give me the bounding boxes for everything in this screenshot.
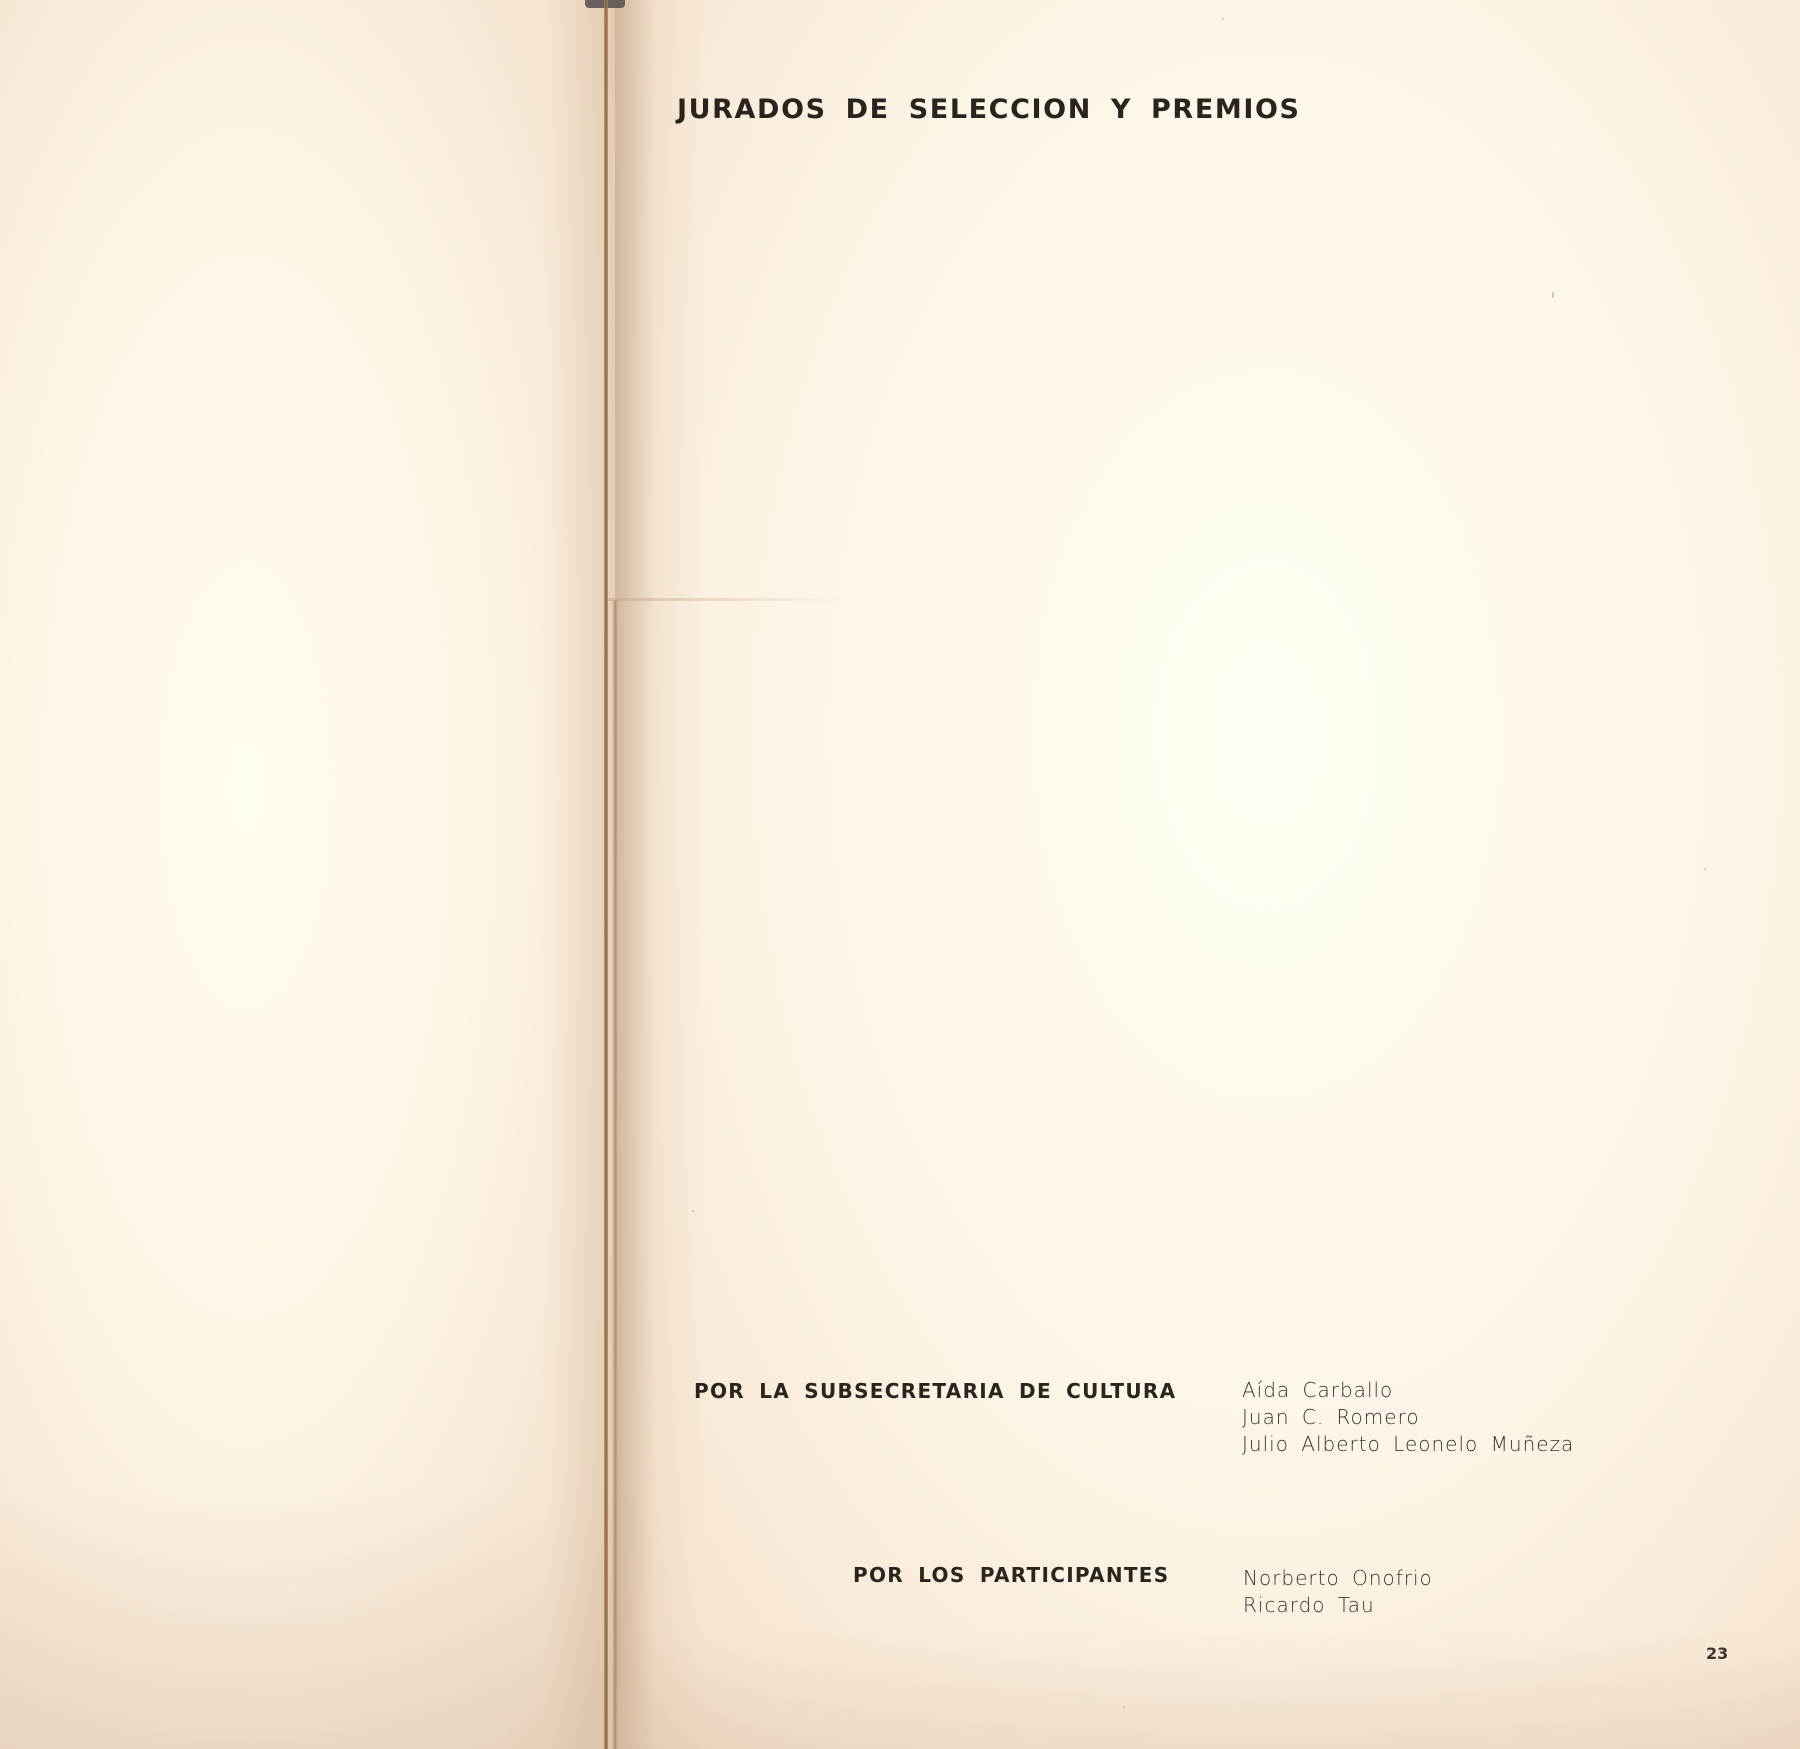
- jury-group-label: POR LA SUBSECRETARIA DE CULTURA: [694, 1379, 1176, 1403]
- jury-member: Ricardo Tau: [1243, 1592, 1433, 1619]
- paper-speck: [1704, 868, 1706, 870]
- jury-group-label: POR LOS PARTICIPANTES: [853, 1563, 1169, 1587]
- page-number: 23: [1706, 1644, 1728, 1663]
- book-spine-shadow: [612, 600, 618, 1749]
- jury-member: Julio Alberto Leonelo Muñeza: [1242, 1431, 1574, 1458]
- paper-speck: [692, 1210, 694, 1212]
- paper-speck: [1222, 18, 1224, 20]
- jury-member: Aída Carballo: [1242, 1377, 1574, 1404]
- book-spine: [604, 0, 608, 1749]
- page-shading: [615, 1629, 1800, 1749]
- left-page: [0, 0, 615, 1749]
- page-fold-crease: [608, 598, 848, 601]
- right-page: [615, 0, 1800, 1749]
- paper-speck: [1552, 292, 1554, 298]
- page-shading: [0, 1489, 615, 1749]
- page-heading: JURADOS DE SELECCION Y PREMIOS: [677, 94, 1301, 125]
- book-spread: JURADOS DE SELECCION Y PREMIOS POR LA SU…: [0, 0, 1800, 1749]
- jury-member: Norberto Onofrio: [1243, 1565, 1433, 1592]
- jury-member: Juan C. Romero: [1242, 1404, 1574, 1431]
- paper-speck: [1123, 1706, 1125, 1708]
- jury-member-list: Aída Carballo Juan C. Romero Julio Alber…: [1242, 1377, 1574, 1458]
- jury-member-list: Norberto Onofrio Ricardo Tau: [1243, 1565, 1433, 1619]
